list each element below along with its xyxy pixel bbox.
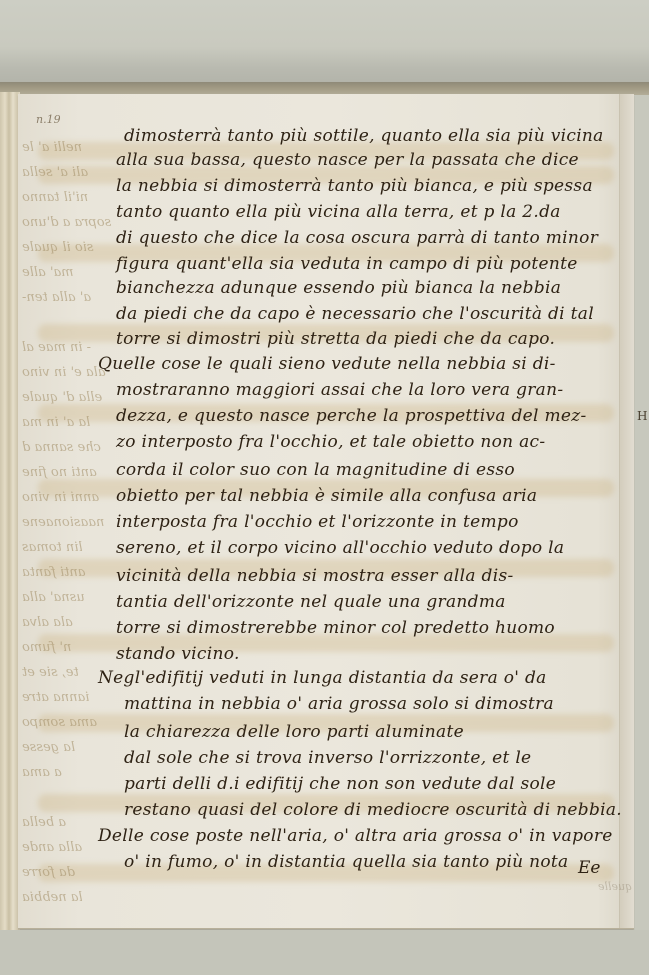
manuscript-line: dezza, e questo nasce perche la prospett… <box>116 406 587 426</box>
manuscript-line: la chiarezza delle loro parti aluminate <box>124 722 464 742</box>
manuscript-line: di questo che dice la cosa oscura parrà … <box>116 228 598 248</box>
manuscript-line: Quelle cose le quali sieno vedute nella … <box>98 354 556 374</box>
bleed-through-line: ni'il tanno <box>22 190 117 212</box>
bleed-through-line: ianna atre <box>22 690 117 712</box>
bleed-through-line: a' alla ten- <box>22 290 117 312</box>
manuscript-line: zo interposto fra l'occhio, et tale obie… <box>116 432 545 452</box>
manuscript-line: da piedi che da capo è necessario che l'… <box>116 304 594 324</box>
bleed-through-line: sio il quale <box>22 240 117 262</box>
bleed-through-line: ma' alle <box>22 265 117 287</box>
bleed-through-line: usna' alla <box>22 590 117 612</box>
binding-edge <box>0 92 20 930</box>
manuscript-line: la nebbia si dimosterrà tanto più bianca… <box>116 176 593 196</box>
manuscript-line: interposta fra l'occhio et l'orizzonte i… <box>116 512 519 532</box>
manuscript-line: torre si dimostrerebbe minor col predett… <box>116 618 555 638</box>
manuscript-line: tanto quanto ella più vicina alla terra,… <box>116 202 561 222</box>
bleed-through-line: anti fanta <box>22 565 117 587</box>
bleed-through-line: nelli a' le <box>22 140 117 162</box>
bleed-through-bottom: quelle <box>598 880 632 893</box>
manuscript-line: figura quant'ella sia veduta in campo di… <box>116 254 578 274</box>
manuscript-line: restano quasi del colore di mediocre osc… <box>124 800 622 820</box>
bleed-through-line: naasionaene <box>22 515 117 537</box>
folio-number: n.19 <box>36 113 61 126</box>
bleed-through-line: che sanna d <box>22 440 117 462</box>
bleed-through-column: nelli a' le ali a' sella ni'il tanno sop… <box>22 140 117 915</box>
background-backdrop-top <box>0 0 649 85</box>
manuscript-line: torre si dimostri più stretta da piedi c… <box>116 329 555 349</box>
catchword: Ee <box>578 858 600 878</box>
bleed-through-line: a ama <box>22 765 117 787</box>
manuscript-line: dal sole che si trova inverso l'orrizzon… <box>124 748 531 768</box>
manuscript-line: tantia dell'orizzonte nel quale una gran… <box>116 592 506 612</box>
manuscript-line: alla sua bassa, questo nasce per la pass… <box>116 150 579 170</box>
bleed-through-line: la gesse <box>22 740 117 762</box>
manuscript-line: mattina in nebbia o' aria grossa solo si… <box>124 694 554 714</box>
side-mark: H <box>637 409 647 423</box>
manuscript-line: parti delli d.i edifitij che non son ved… <box>124 774 556 794</box>
bleed-through-line: la a' in ma <box>22 415 117 437</box>
manuscript-line: bianchezza adunque essendo più bianca la… <box>116 278 561 298</box>
manuscript-line: o' in fumo, o' in distantia quella sia t… <box>124 852 569 872</box>
manuscript-line: stando vicino. <box>116 644 240 664</box>
bleed-through-line: lin tomas <box>22 540 117 562</box>
bleed-through-line: ali a' sella <box>22 165 117 187</box>
bleed-through-line: anni in vino <box>22 490 117 512</box>
background-backdrop-bottom <box>0 930 649 975</box>
bleed-through-line: ama sompo <box>22 715 117 737</box>
manuscript-line: sereno, et il corpo vicino all'occhio ve… <box>116 538 564 558</box>
bleed-through-line: da forre <box>22 865 117 887</box>
manuscript-line: Delle cose poste nell'aria, o' altra ari… <box>98 826 613 846</box>
manuscript-line: corda il color suo con la magnitudine di… <box>116 460 515 480</box>
bleed-through-line: sopra a d'uno <box>22 215 117 237</box>
bleed-through-line: anti no fine <box>22 465 117 487</box>
bleed-through-line: ella d' quale <box>22 390 117 412</box>
bleed-through-line: n' fumo <box>22 640 117 662</box>
bleed-through-line <box>22 790 117 812</box>
manuscript-line: Negl'edifitij veduti in lunga distantia … <box>98 668 547 688</box>
manuscript-line: vicinità della nebbia si mostra esser al… <box>116 566 514 586</box>
manuscript-line: mostraranno maggiori assai che la loro v… <box>116 380 563 400</box>
bleed-through-line <box>22 315 117 337</box>
manuscript-line: dimosterrà tanto più sottile, quanto ell… <box>124 126 604 146</box>
manuscript-line: obietto per tal nebbia è simile alla con… <box>116 486 537 506</box>
bleed-through-line: ala alva <box>22 615 117 637</box>
bleed-through-line: la nebbia <box>22 890 117 912</box>
